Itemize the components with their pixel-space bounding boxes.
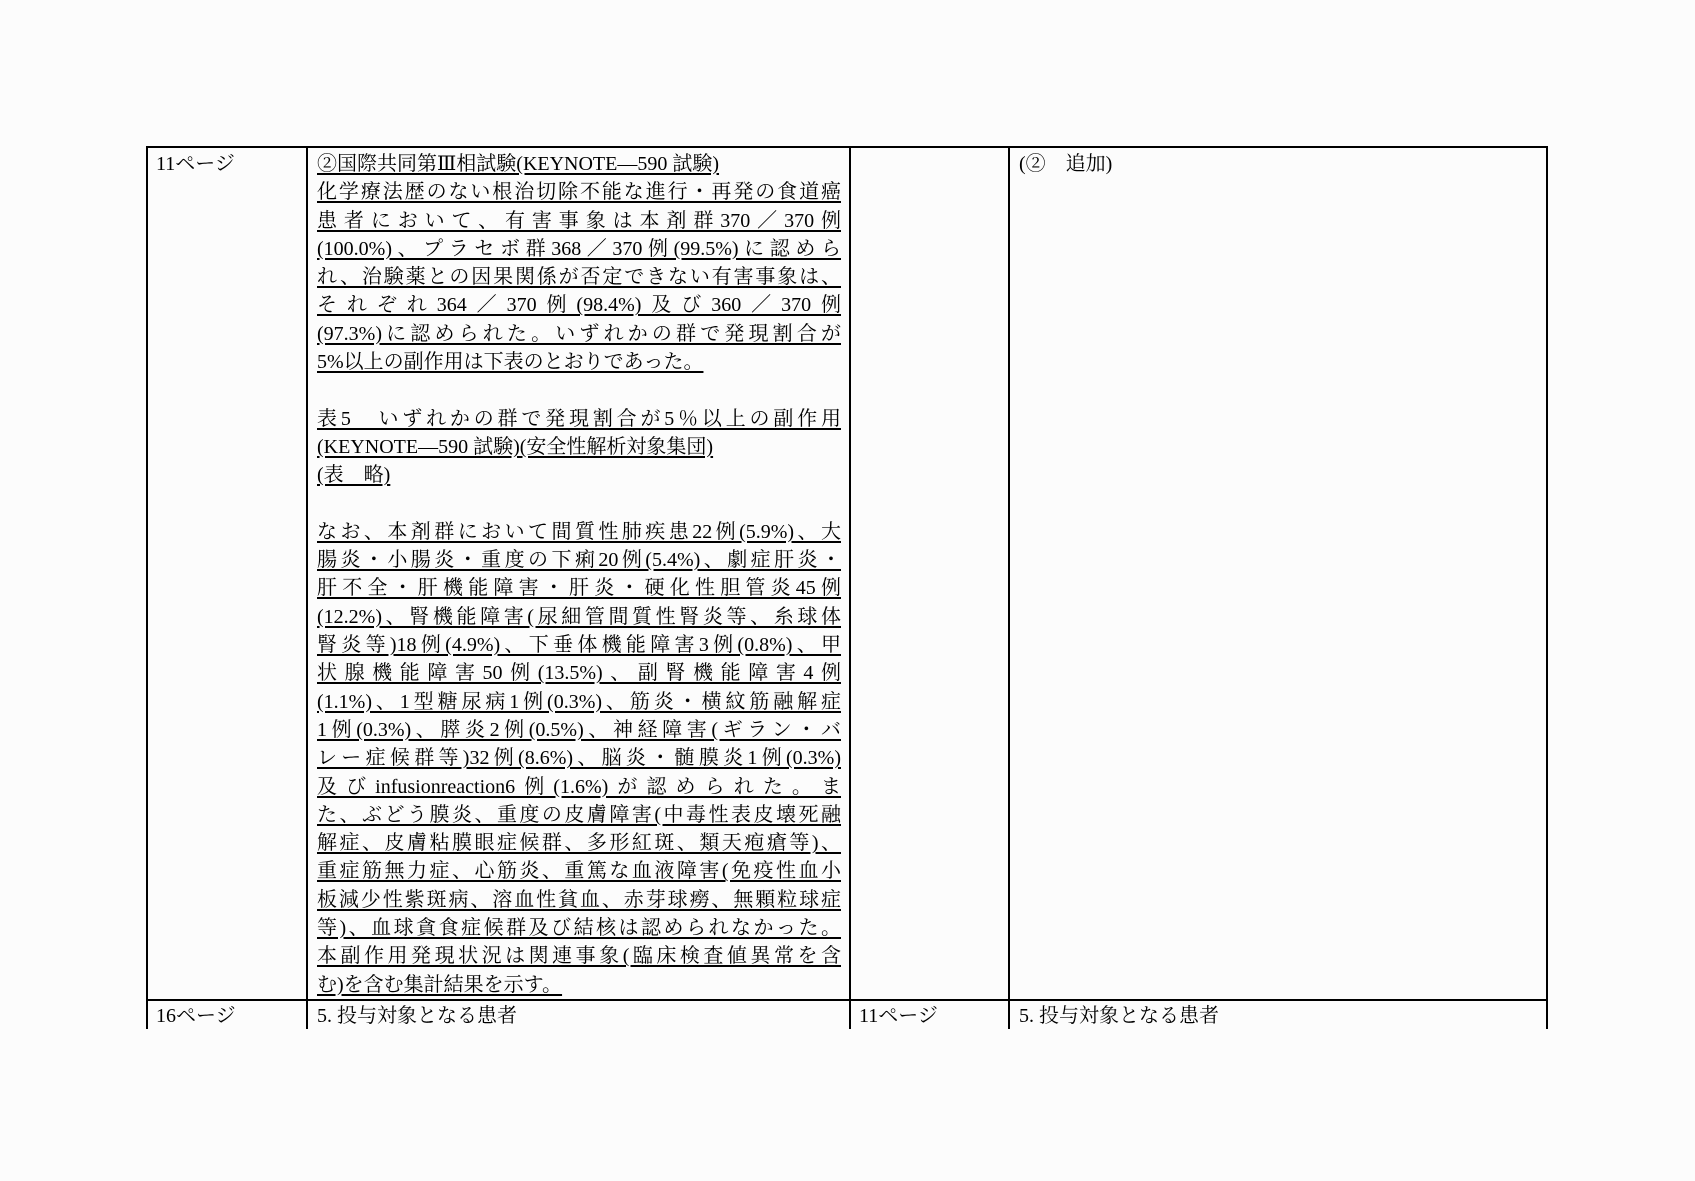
new-page-ref-cell-empty (849, 148, 1008, 1001)
old-text-cell: ②国際共同第Ⅲ相試験(KEYNOTE―590 試験)化学療法歴のない根治切除不能… (306, 148, 849, 1001)
blank-line (317, 490, 841, 518)
old-page-ref-2: 16ページ (156, 1005, 236, 1027)
text-line: 板減少性紫斑病、溶血性貧血、赤芽球癆、無顆粒球症 (317, 886, 841, 914)
new-text-cell-2: 5. 投与対象となる患者 (1008, 1001, 1548, 1029)
text-line: 腸炎・小腸炎・重度の下痢20例(5.4%)、劇症肝炎・ (317, 546, 841, 574)
text-line: (KEYNOTE―590 試験)(安全性解析対象集団) (317, 433, 841, 461)
text-line: 本副作用発現状況は関連事象(臨床検査値異常を含 (317, 942, 841, 970)
text-line: 解症、皮膚粘膜眼症候群、多形紅斑、類天疱瘡等)、 (317, 829, 841, 857)
text-line: (12.2%)、腎機能障害(尿細管間質性腎炎等、糸球体 (317, 603, 841, 631)
text-line: 化学療法歴のない根治切除不能な進行・再発の食道癌 (317, 178, 841, 206)
text-line: (1.1%)、1型糖尿病1例(0.3%)、筋炎・横紋筋融解症 (317, 688, 841, 716)
text-line: た、ぶどう膜炎、重度の皮膚障害(中毒性表皮壊死融 (317, 801, 841, 829)
text-line: 及びinfusionreaction6例(1.6%)が認められた。ま (317, 773, 841, 801)
text-line: 表5 いずれかの群で発現割合が5％以上の副作用 (317, 405, 841, 433)
text-line: (表 略) (317, 461, 841, 489)
new-page-ref-2: 11ページ (859, 1005, 938, 1027)
text-line: (100.0%)、プラセボ群368／370例(99.5%)に認めら (317, 235, 841, 263)
new-text-cell: (② 追加) (1008, 148, 1548, 1001)
text-line: 患者において、有害事象は本剤群370／370例 (317, 207, 841, 235)
blank-line (317, 376, 841, 404)
text-line: 肝不全・肝機能障害・肝炎・硬化性胆管炎45例 (317, 574, 841, 602)
text-line: む)を含む集計結果を示す。 (317, 971, 841, 999)
text-line: (97.3%)に認められた。いずれかの群で発現割合が (317, 320, 841, 348)
text-line: ②国際共同第Ⅲ相試験(KEYNOTE―590 試験) (317, 150, 841, 178)
text-line: それぞれ364／370例(98.4%)及び360／370例 (317, 291, 841, 319)
text-line: 5%以上の副作用は下表のとおりであった。 (317, 348, 841, 376)
old-text-paragraphs: ②国際共同第Ⅲ相試験(KEYNOTE―590 試験)化学療法歴のない根治切除不能… (317, 150, 841, 999)
old-page-ref-cell: 11ページ (146, 148, 306, 1001)
text-line: 1例(0.3%)、膵炎2例(0.5%)、神経障害(ギラン・バ (317, 716, 841, 744)
old-page-ref: 11ページ (156, 153, 235, 175)
document-page: 11ページ ②国際共同第Ⅲ相試験(KEYNOTE―590 試験)化学療法歴のない… (0, 0, 1695, 1181)
text-line: 腎炎等)18例(4.9%)、下垂体機能障害3例(0.8%)、甲 (317, 631, 841, 659)
text-line: レー症候群等)32例(8.6%)、脳炎・髄膜炎1例(0.3%) (317, 744, 841, 772)
text-line: 等)、血球貪食症候群及び結核は認められなかった。 (317, 914, 841, 942)
old-text-cell-2: 5. 投与対象となる患者 (306, 1001, 849, 1029)
text-line: 状腺機能障害50例(13.5%)、副腎機能障害4例 (317, 659, 841, 687)
new-page-ref-cell-2: 11ページ (849, 1001, 1008, 1029)
text-line: 重症筋無力症、心筋炎、重篤な血液障害(免疫性血小 (317, 857, 841, 885)
old-page-ref-cell-2: 16ページ (146, 1001, 306, 1029)
revision-comparison-table: 11ページ ②国際共同第Ⅲ相試験(KEYNOTE―590 試験)化学療法歴のない… (146, 146, 1548, 1029)
text-line: れ、治験薬との因果関係が否定できない有害事象は、 (317, 263, 841, 291)
text-line: なお、本剤群において間質性肺疾患22例(5.9%)、大 (317, 518, 841, 546)
new-text-addition-note: (② 追加) (1019, 150, 1538, 178)
new-section-heading: 5. 投与対象となる患者 (1019, 1003, 1538, 1029)
old-section-heading: 5. 投与対象となる患者 (317, 1003, 841, 1029)
